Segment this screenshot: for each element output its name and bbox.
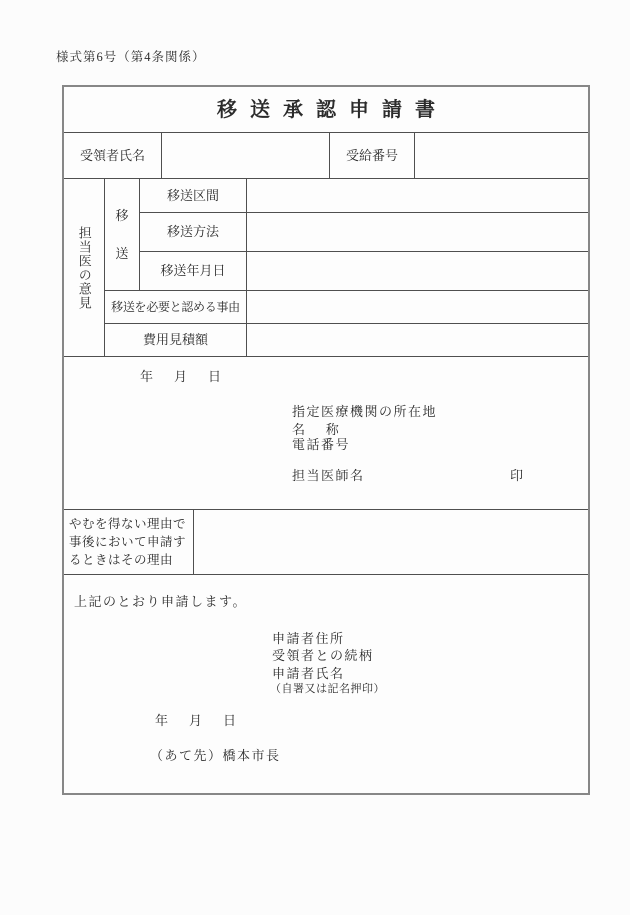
application-statement: 上記のとおり申請します。	[74, 591, 247, 610]
doctor-name-label: 担当医師名	[292, 465, 365, 484]
cost-estimate-label: 費用見積額	[105, 324, 247, 357]
doctor-date-line: 年 月 日	[140, 366, 225, 385]
late-application-reason-cell	[194, 510, 588, 575]
applicant-relationship-label: 受領者との続柄	[272, 645, 374, 664]
transfer-char: 移	[115, 208, 128, 224]
form-code: 様式第6号（第4条関係）	[56, 47, 206, 65]
doctor-signature-block: 年 月 日 指定医療機関の所在地 名 称 電話番号 担当医師名 印	[64, 357, 588, 510]
cost-estimate-cell	[247, 324, 588, 357]
medical-institution-phone-label: 電話番号	[292, 434, 350, 453]
late-application-reason-label: やむを得ない理由で 事後において申請す るときはその理由	[64, 510, 194, 575]
transfer-route-label: 移送区間	[140, 179, 247, 213]
signature-note: （自署又は記名押印）	[270, 680, 385, 696]
seal-label: 印	[510, 465, 525, 484]
recipient-name-label: 受領者氏名	[64, 133, 162, 179]
transfer-method-label: 移送方法	[140, 213, 247, 252]
recipient-number-cell	[415, 133, 588, 179]
application-form: 移送承認申請書 受領者氏名 受給番号 担当医の意見 移 送 移送区間 移送方法 …	[62, 85, 590, 795]
doctor-opinion-section-label: 担当医の意見	[64, 179, 105, 357]
application-date-line: 年 月 日	[155, 710, 240, 729]
addressee-line: （あて先）橋本市長	[150, 745, 281, 764]
form-title: 移送承認申請書	[64, 87, 588, 133]
transfer-date-label: 移送年月日	[140, 252, 247, 291]
transfer-method-cell	[247, 213, 588, 252]
transfer-reason-label: 移送を必要と認める事由	[105, 291, 247, 324]
recipient-name-cell	[162, 133, 330, 179]
transfer-reason-cell	[247, 291, 588, 324]
transfer-date-cell	[247, 252, 588, 291]
transfer-vertical-label: 移 送	[105, 179, 140, 291]
applicant-block: 上記のとおり申請します。 申請者住所 受領者との続柄 申請者氏名 （自署又は記名…	[64, 575, 588, 793]
transfer-char: 送	[115, 246, 128, 262]
medical-institution-address-label: 指定医療機関の所在地	[292, 401, 437, 420]
transfer-route-cell	[247, 179, 588, 213]
recipient-number-label: 受給番号	[330, 133, 415, 179]
